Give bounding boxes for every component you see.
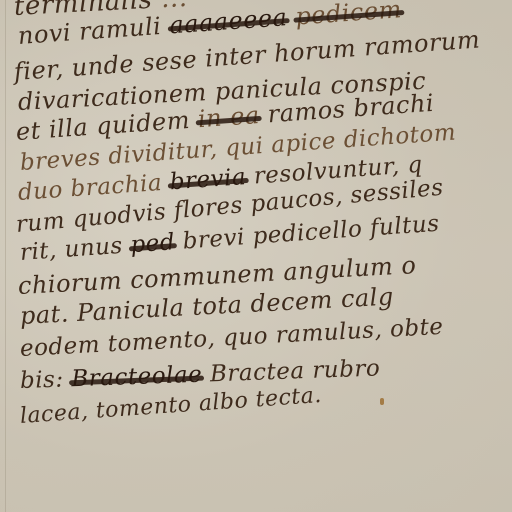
struck-word: Bracteolae bbox=[71, 362, 203, 393]
struck-word: ped bbox=[130, 229, 176, 258]
struck-word: brevia bbox=[169, 164, 247, 195]
struck-word: in ea bbox=[197, 101, 261, 133]
manuscript-page: terminalis ... novi ramuli aaaaeeea pedi… bbox=[0, 0, 512, 512]
page-edge-line bbox=[5, 0, 6, 512]
text-line-13: bis: Bracteolae Bractea rubro bbox=[20, 355, 381, 394]
ink-stain bbox=[380, 398, 384, 405]
struck-word: pedicem bbox=[294, 0, 402, 31]
